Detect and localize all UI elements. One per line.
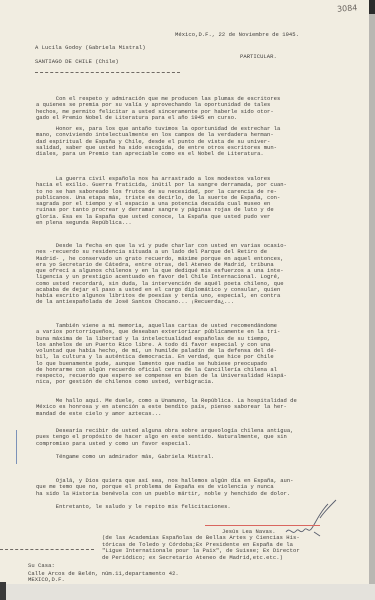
paragraph-1: Con el respeto y admiración que me produ… [36, 96, 356, 121]
paragraph-4: Desde la fecha en que la ví y pude charl… [36, 243, 356, 306]
paragraph-7: Desearía recibir de usted alguna obra so… [36, 428, 356, 447]
paragraph-5: También viene a mi memoria, aquellas car… [36, 323, 356, 386]
page-edge-corner [369, 0, 375, 14]
catalog-number: 3084 [337, 3, 358, 13]
private-marking: PARTICULAR. [240, 54, 277, 60]
page-edge-bottom [0, 584, 375, 600]
address-city: MEXICO,D.F. [28, 577, 65, 583]
footer-rule [0, 549, 94, 550]
page-edge-right [369, 0, 375, 600]
recipient-city: SANTIAGO DE CHILE (Chile) [35, 59, 119, 65]
paragraph-6: Me hallo aquí. Me duele, como a Unamuno,… [36, 398, 356, 417]
letter-page: 3084 México,D.F., 22 de Noviembre de 194… [0, 0, 369, 584]
paragraph-9: Ojalá, y Dios quiera que así sea, nos ha… [36, 478, 356, 497]
paragraph-8: Téngame como un admirador más, Gabriela … [36, 454, 356, 460]
paragraph-3: La guerra civil española nos ha arrastra… [36, 176, 356, 226]
recipient-name: A Lucila Godoy (Gabriela Mistral) [35, 45, 146, 51]
paragraph-2: Honor es, para los que antaño tuvimos la… [36, 126, 356, 157]
signature-red-line [205, 525, 320, 526]
margin-pencil-mark [16, 430, 17, 464]
signatory-credentials: (de las Academias Españolas de Bellas Ar… [102, 535, 300, 561]
header-rule [35, 72, 180, 73]
place-date: México,D.F., 22 de Noviembre de 1945. [175, 32, 299, 38]
address-label: Su Casa: [28, 563, 55, 569]
page-edge-bottom-corner [0, 582, 6, 600]
